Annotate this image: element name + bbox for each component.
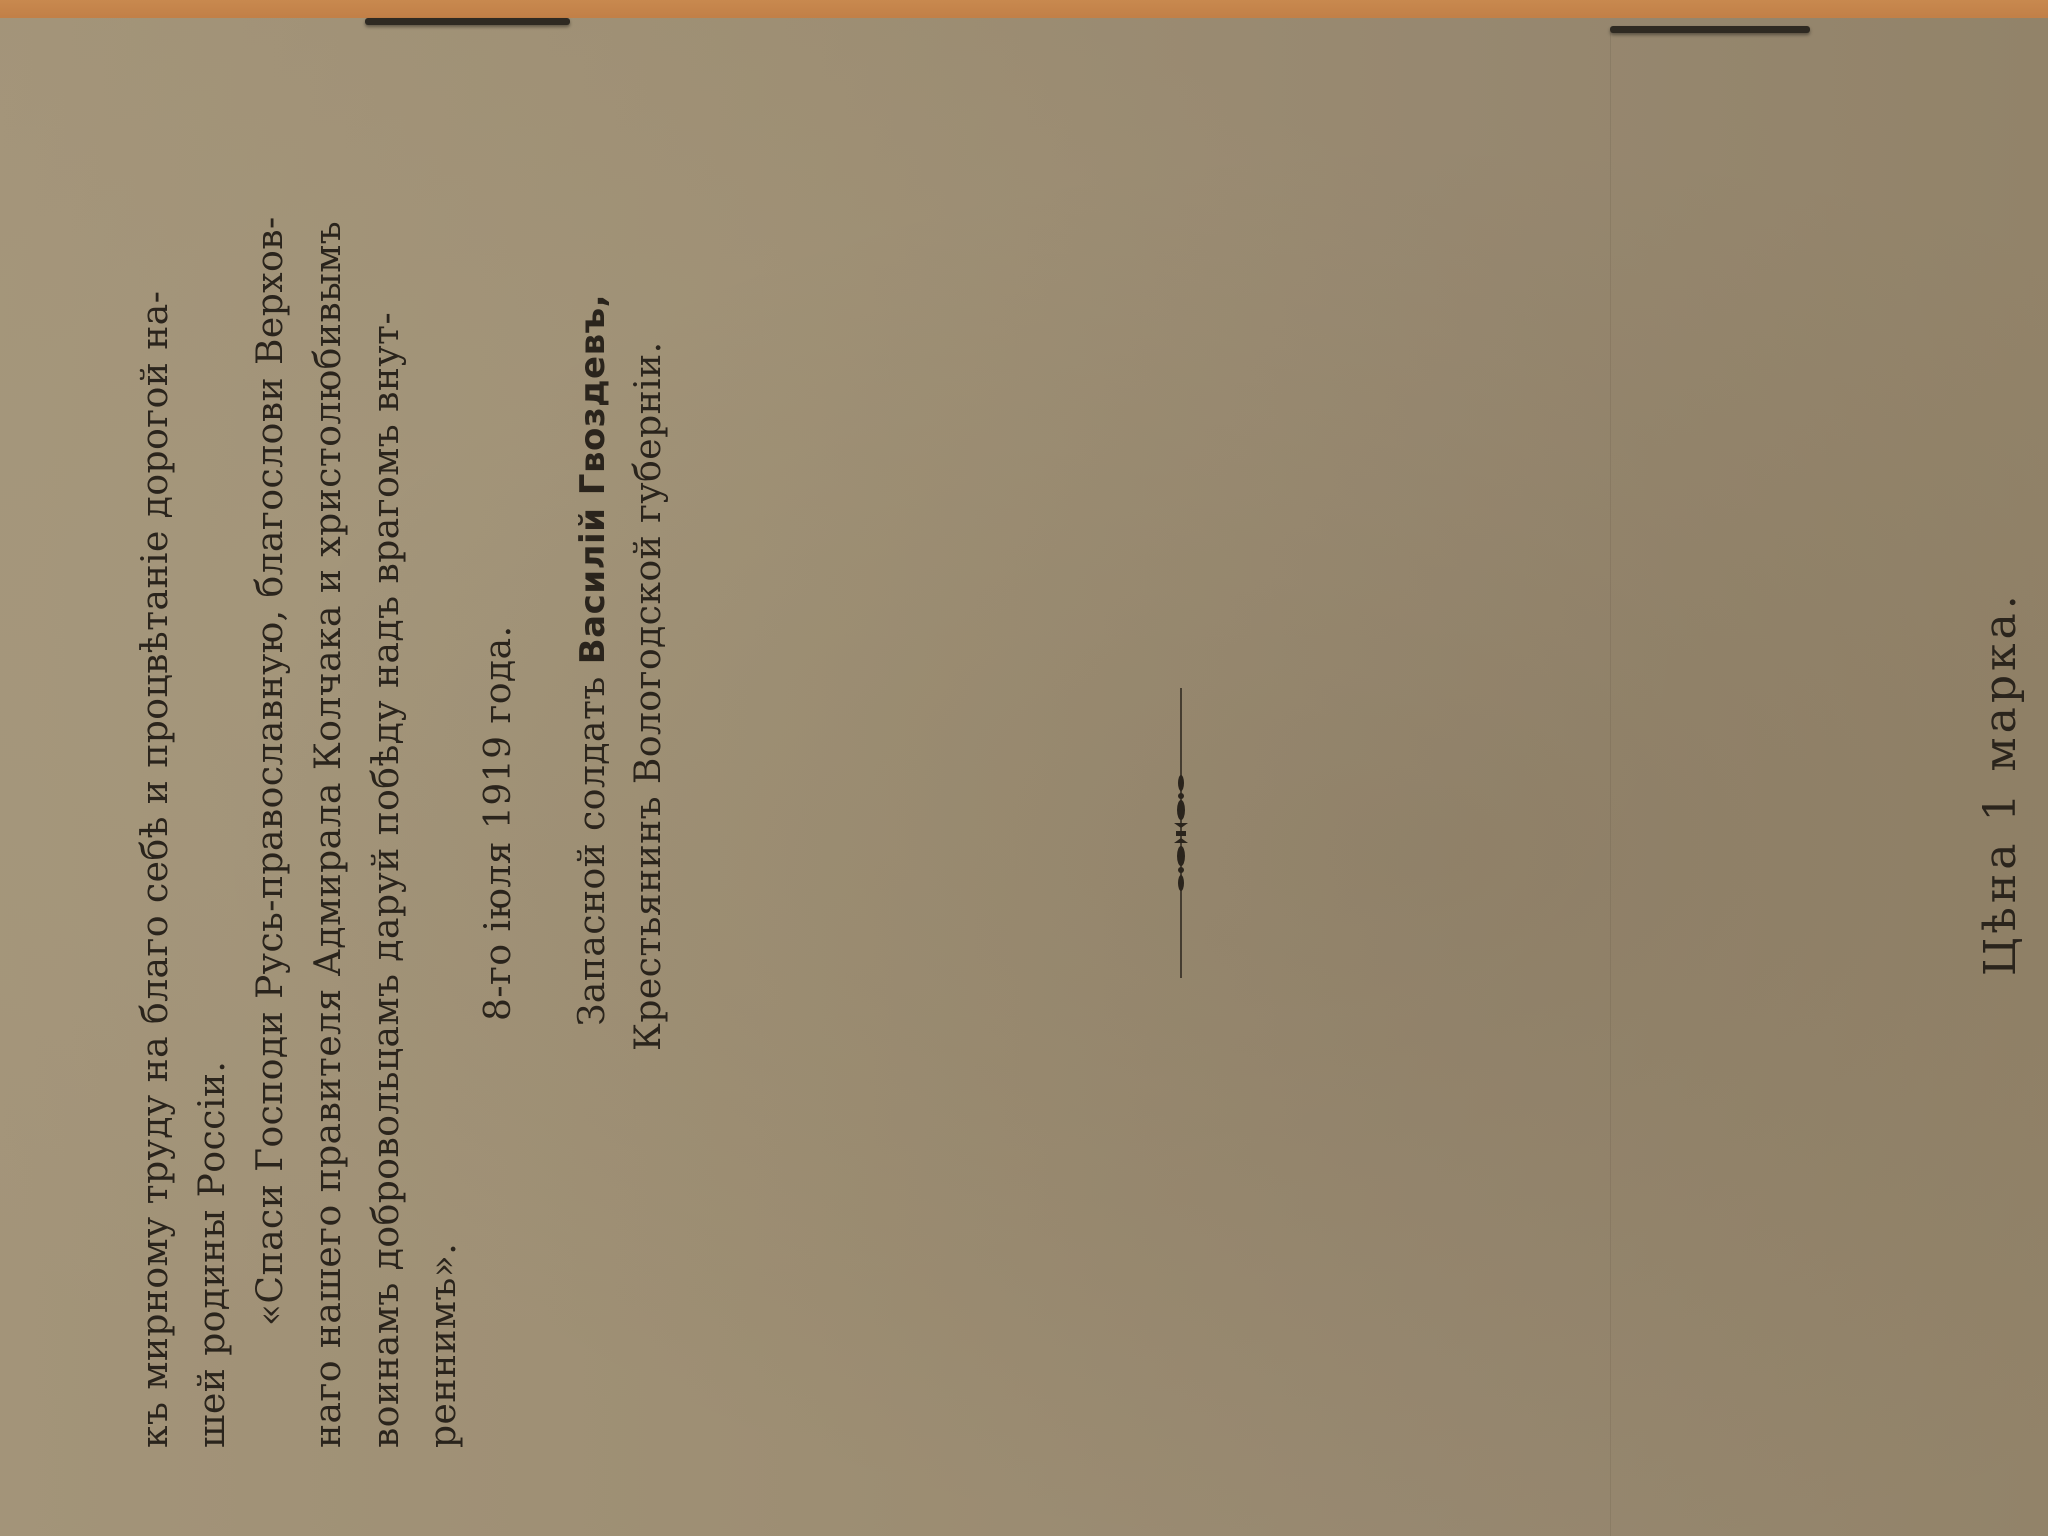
body-line: шей родины Россіи. [192, 1061, 233, 1448]
signature-line: Запасной солдатъ Василій Гвоздевъ, [572, 294, 613, 1026]
rotated-text-block: къ мирному труду на благо себѣ и процвѣт… [0, 0, 2048, 1536]
body-line: воинамъ добровольцамъ даруй побѣду надъ … [366, 312, 407, 1448]
body-line: реннимъ». [423, 1243, 464, 1448]
signature-origin: Крестьянинъ Вологодской губерніи. [628, 341, 669, 1051]
body-line: къ мирному труду на благо себѣ и процвѣт… [135, 291, 176, 1448]
body-line: «Спаси Господи Русь-православную, благос… [250, 216, 291, 1326]
body-line: наго нашего правителя Адмирала Колчака и… [308, 221, 349, 1448]
signature-prefix: Запасной солдатъ [572, 676, 613, 1026]
divider-ornament-icon [1168, 688, 1194, 978]
document-date: 8-го іюля 1919 года. [478, 625, 519, 1021]
price-label: Цѣна 1 марка. [1975, 591, 2026, 976]
signature-name: Василій Гвоздевъ, [573, 294, 613, 664]
